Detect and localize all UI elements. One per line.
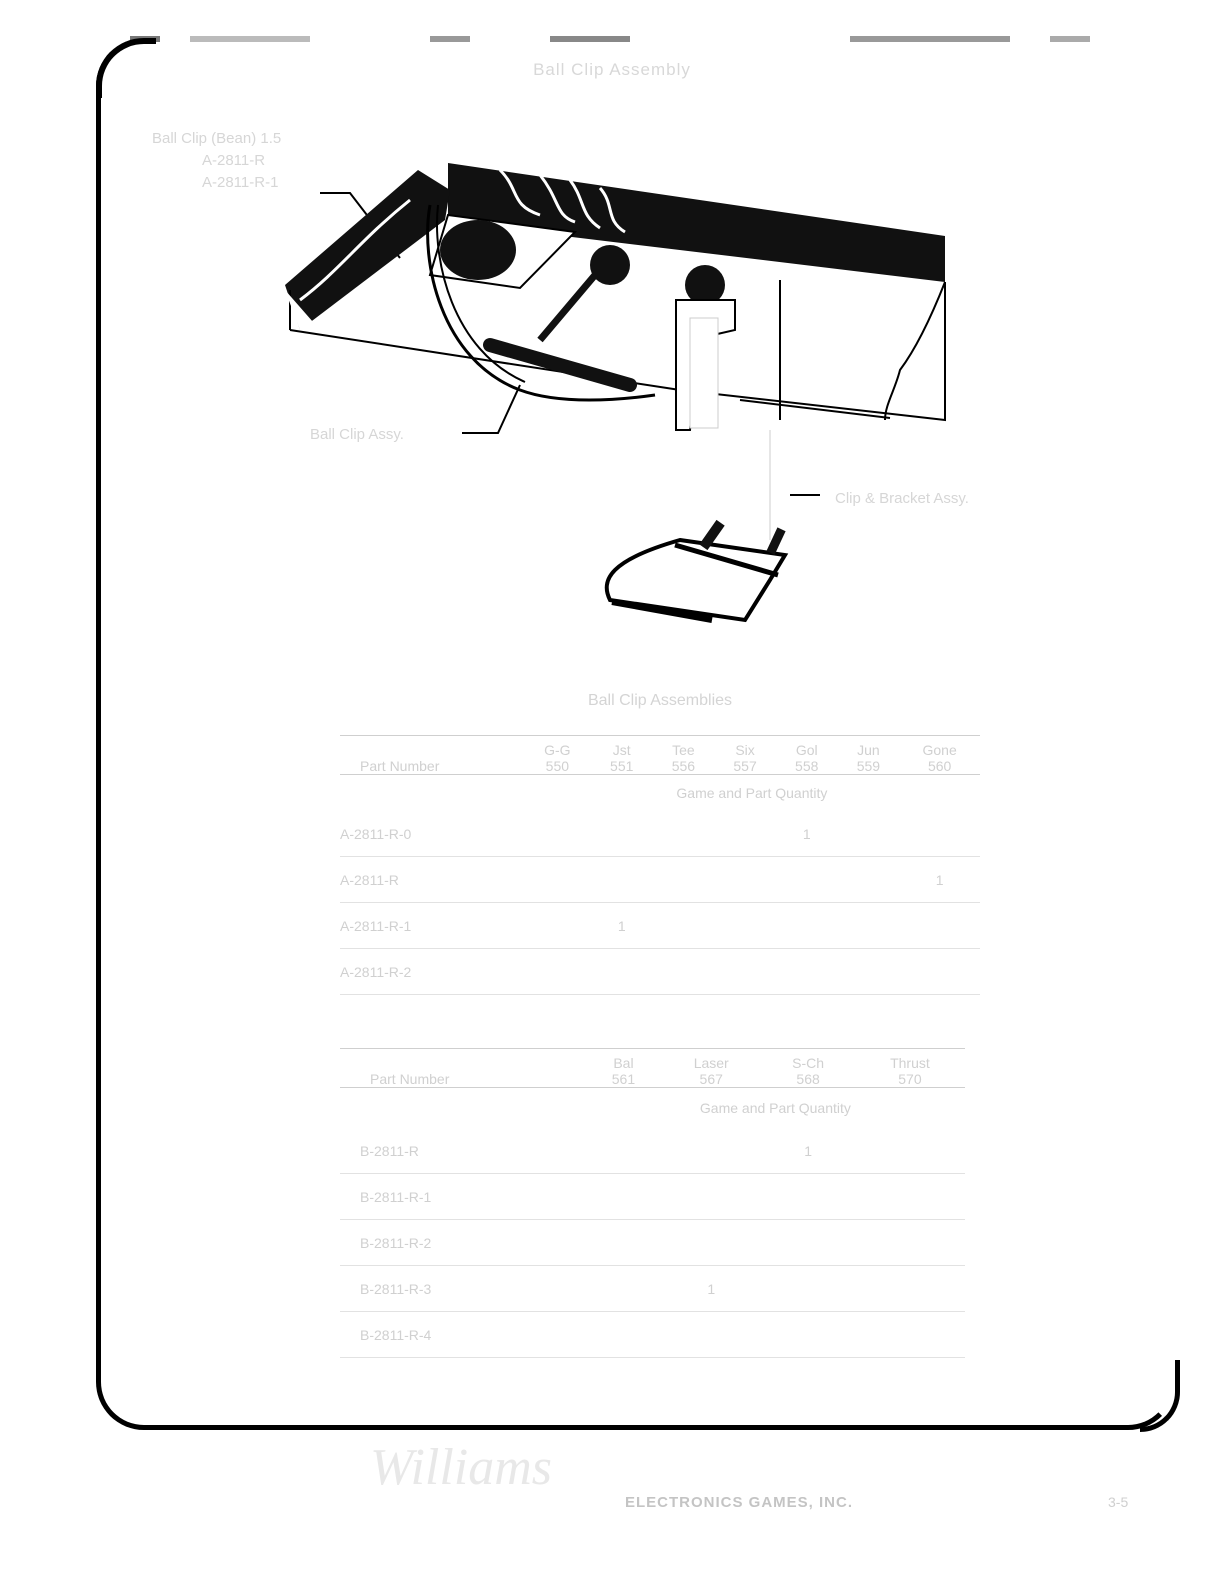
part-number-cell: B-2811-R-1 [340,1174,586,1220]
col-header-name: S-Ch [761,1055,855,1071]
col-header-name: Gol [776,742,838,758]
col-header-number: 550 [524,758,591,775]
quantity-cell: 1 [661,1266,761,1312]
col-header-name: Jun [838,742,900,758]
table-row: B-2811-R-31 [340,1266,965,1312]
col-header-name: Jst [591,742,653,758]
quantity-cell [761,1312,855,1358]
quantity-cell [591,949,653,995]
ball-clip-illustration [270,145,970,645]
quantity-cell [586,1266,661,1312]
callout-line-1: Ball Clip (Bean) 1.5 [152,128,281,150]
quantity-cell [855,1266,965,1312]
part-number-cell: B-2811-R-4 [340,1312,586,1358]
quantity-cell [776,949,838,995]
quantity-cell [524,903,591,949]
table-row: B-2811-R-2 [340,1220,965,1266]
col-header-number: 567 [661,1071,761,1088]
callout-ball-clip-label: Ball Clip (Bean) 1.5 A-2811-R A-2811-R-1 [152,128,281,194]
quantity-cell: 1 [899,857,980,903]
quantity-cell [838,811,900,857]
quantity-cell [761,1174,855,1220]
col-header-name: Thrust [855,1055,965,1071]
quantity-cell [661,1174,761,1220]
part-number-cell: A-2811-R-0 [340,811,524,857]
quantity-cell [586,1312,661,1358]
group-label: Game and Part Quantity [586,1088,965,1129]
col-header-number: 556 [653,758,715,775]
quantity-cell [714,857,776,903]
quantity-cell [855,1128,965,1174]
quantity-cell [838,857,900,903]
quantity-cell [661,1220,761,1266]
quantity-cell [714,949,776,995]
part-number-cell: B-2811-R-2 [340,1220,586,1266]
page-title: Ball Clip Assembly [0,60,1224,80]
col-header-name: Six [714,742,776,758]
col-header-number: 559 [838,758,900,775]
col-header-number: 561 [586,1071,661,1088]
quantity-cell [714,903,776,949]
quantity-cell [761,1266,855,1312]
quantity-cell [653,949,715,995]
header-part-number: Part Number [340,1055,586,1088]
quantity-cell [661,1128,761,1174]
quantity-cell [899,811,980,857]
parts-table-1: Part Number G-G Jst Tee Six Gol Jun Gone… [340,735,980,995]
table-row: A-2811-R-2 [340,949,980,995]
col-header-name: Gone [899,742,980,758]
callout-line-3: A-2811-R-1 [152,172,281,194]
table-caption: Ball Clip Assemblies [0,692,1224,710]
quantity-cell [899,903,980,949]
table-row: A-2811-R-11 [340,903,980,949]
williams-logo: Williams [370,1438,552,1497]
col-header-name: Bal [586,1055,661,1071]
page-number: 3-5 [1108,1494,1128,1510]
col-header-name: Tee [653,742,715,758]
quantity-cell [591,811,653,857]
col-header-name: G-G [524,742,591,758]
quantity-cell [899,949,980,995]
quantity-cell [524,857,591,903]
quantity-cell [524,811,591,857]
quantity-cell: 1 [776,811,838,857]
quantity-cell [653,811,715,857]
quantity-cell [855,1174,965,1220]
quantity-cell [855,1312,965,1358]
border-corner-bottom-right [1140,1360,1180,1432]
col-header-number: 558 [776,758,838,775]
quantity-cell [855,1220,965,1266]
table-row: A-2811-R-01 [340,811,980,857]
quantity-cell [838,903,900,949]
quantity-cell [653,903,715,949]
quantity-cell [586,1220,661,1266]
col-header-number: 560 [899,758,980,775]
quantity-cell [524,949,591,995]
part-number-cell: B-2811-R [340,1128,586,1174]
col-header-number: 570 [855,1071,965,1088]
table-row: B-2811-R-4 [340,1312,965,1358]
quantity-cell [591,857,653,903]
group-label: Game and Part Quantity [524,775,980,812]
parts-table-2: Part Number Bal Laser S-Ch Thrust 561 56… [340,1048,965,1358]
quantity-cell [653,857,715,903]
callout-line-2: A-2811-R [152,150,281,172]
part-number-cell: A-2811-R-2 [340,949,524,995]
col-header-name: Laser [661,1055,761,1071]
quantity-cell [714,811,776,857]
quantity-cell [776,903,838,949]
col-header-number: 557 [714,758,776,775]
part-number-cell: B-2811-R-3 [340,1266,586,1312]
table-row: B-2811-R-1 [340,1174,965,1220]
col-header-number: 568 [761,1071,855,1088]
table-row: B-2811-R1 [340,1128,965,1174]
part-number-cell: A-2811-R [340,857,524,903]
part-number-cell: A-2811-R-1 [340,903,524,949]
quantity-cell [838,949,900,995]
quantity-cell [661,1312,761,1358]
quantity-cell: 1 [591,903,653,949]
col-header-number: 551 [591,758,653,775]
quantity-cell [776,857,838,903]
company-name: ELECTRONICS GAMES, INC. [625,1494,853,1511]
quantity-cell: 1 [761,1128,855,1174]
header-part-number: Part Number [340,742,524,775]
table-row: A-2811-R1 [340,857,980,903]
quantity-cell [761,1220,855,1266]
quantity-cell [586,1128,661,1174]
quantity-cell [586,1174,661,1220]
